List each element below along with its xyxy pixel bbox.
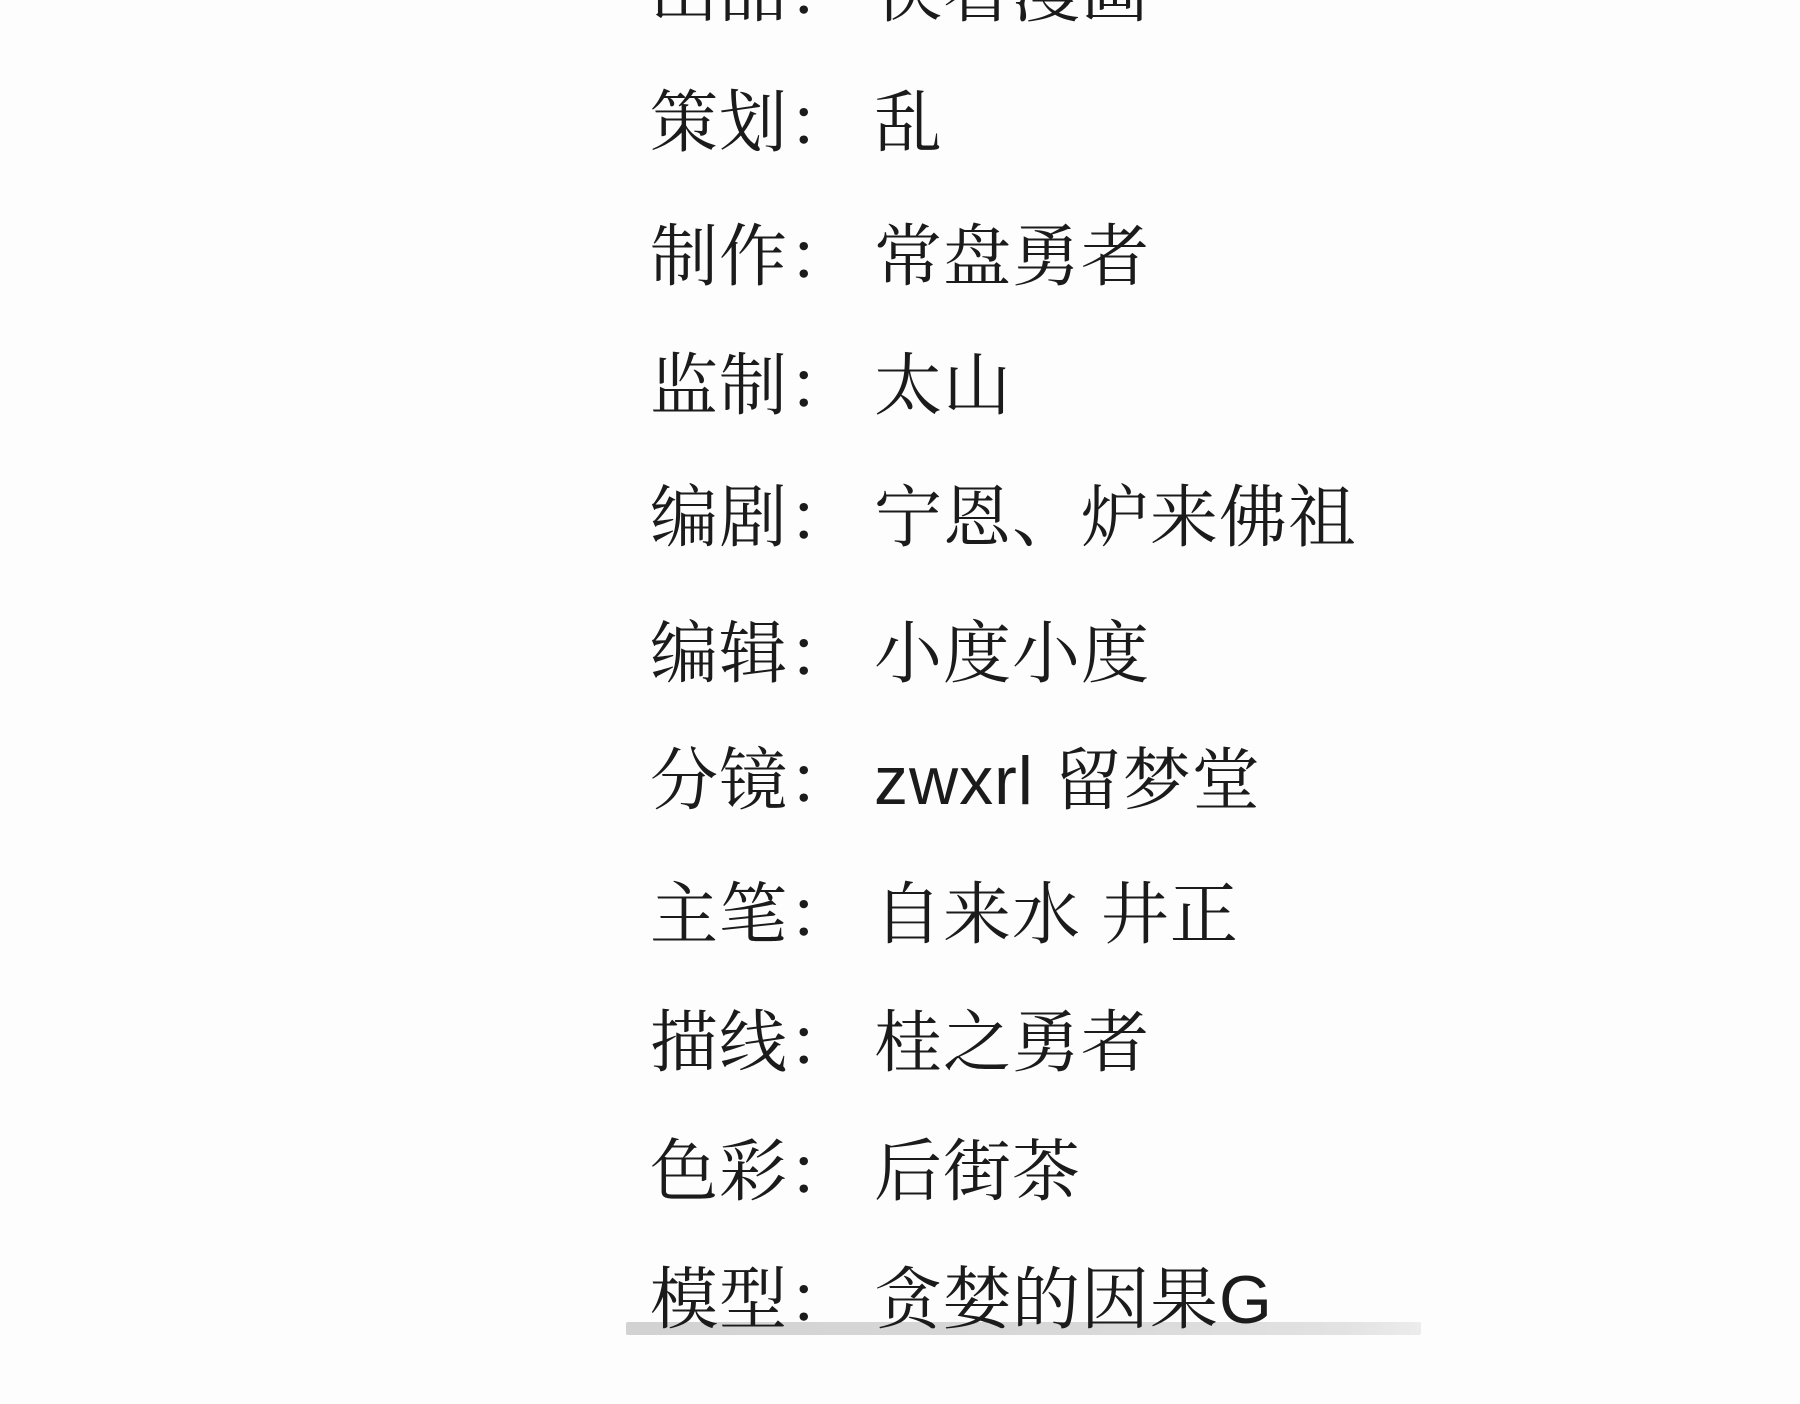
credit-name-value: 贪婪的因果G <box>874 1255 1273 1345</box>
credit-separator: ： <box>788 1134 857 1210</box>
credit-role-label: 编剧 <box>650 480 788 556</box>
credit-row-editor: 编辑：小度小度 <box>650 609 1150 699</box>
credit-name-value: 乱 <box>874 78 943 168</box>
credit-name-value: 太山 <box>874 341 1012 431</box>
credit-role-label: 出品 <box>650 0 788 31</box>
credit-row-storyboard: 分镜：zwxrl 留梦堂 <box>650 736 1261 826</box>
credit-row-supervisor: 监制：太山 <box>650 341 1012 431</box>
credit-row-production: 制作：常盘勇者 <box>650 212 1150 302</box>
credit-role-label: 分镜 <box>650 743 788 819</box>
credit-role-label: 模型 <box>650 1262 788 1338</box>
credit-role-label: 描线 <box>650 1005 788 1081</box>
credit-role-label: 色彩 <box>650 1134 788 1210</box>
credit-separator: ： <box>788 85 857 161</box>
credit-name-value: 快看漫画 <box>874 0 1150 38</box>
credit-separator: ： <box>788 1005 857 1081</box>
credit-name-value: 宁恩、炉来佛祖 <box>874 473 1357 563</box>
credit-row-lead-artist: 主笔：自来水 井正 <box>650 870 1239 960</box>
credit-role-label: 监制 <box>650 348 788 424</box>
credit-role-label: 主笔 <box>650 877 788 953</box>
credit-separator: ： <box>788 616 857 692</box>
credit-row-producer: 出品：快看漫画 <box>650 0 1150 38</box>
credit-row-screenwriter: 编剧：宁恩、炉来佛祖 <box>650 473 1357 563</box>
credit-role-label: 策划 <box>650 85 788 161</box>
credit-row-line-art: 描线：桂之勇者 <box>650 998 1150 1088</box>
credit-name-value: 后街茶 <box>874 1127 1081 1217</box>
credit-separator: ： <box>788 0 857 31</box>
credit-name-value: 常盘勇者 <box>874 212 1150 302</box>
credit-name-value: zwxrl 留梦堂 <box>874 736 1261 826</box>
credit-name-value: 自来水 井正 <box>874 870 1239 960</box>
credit-row-model: 模型：贪婪的因果G <box>650 1255 1273 1345</box>
credit-separator: ： <box>788 219 857 295</box>
credit-separator: ： <box>788 348 857 424</box>
credit-name-value: 小度小度 <box>874 609 1150 699</box>
credit-role-label: 编辑 <box>650 616 788 692</box>
credit-role-label: 制作 <box>650 219 788 295</box>
credit-separator: ： <box>788 743 857 819</box>
credit-name-value: 桂之勇者 <box>874 998 1150 1088</box>
credit-separator: ： <box>788 480 857 556</box>
credit-row-planning: 策划：乱 <box>650 78 943 168</box>
comic-credits-page: 出品：快看漫画 策划：乱 制作：常盘勇者 监制：太山 编剧：宁恩、炉来佛祖 编辑… <box>0 0 1800 1404</box>
credit-row-color: 色彩：后街茶 <box>650 1127 1081 1217</box>
credit-separator: ： <box>788 877 857 953</box>
credit-separator: ： <box>788 1262 857 1338</box>
